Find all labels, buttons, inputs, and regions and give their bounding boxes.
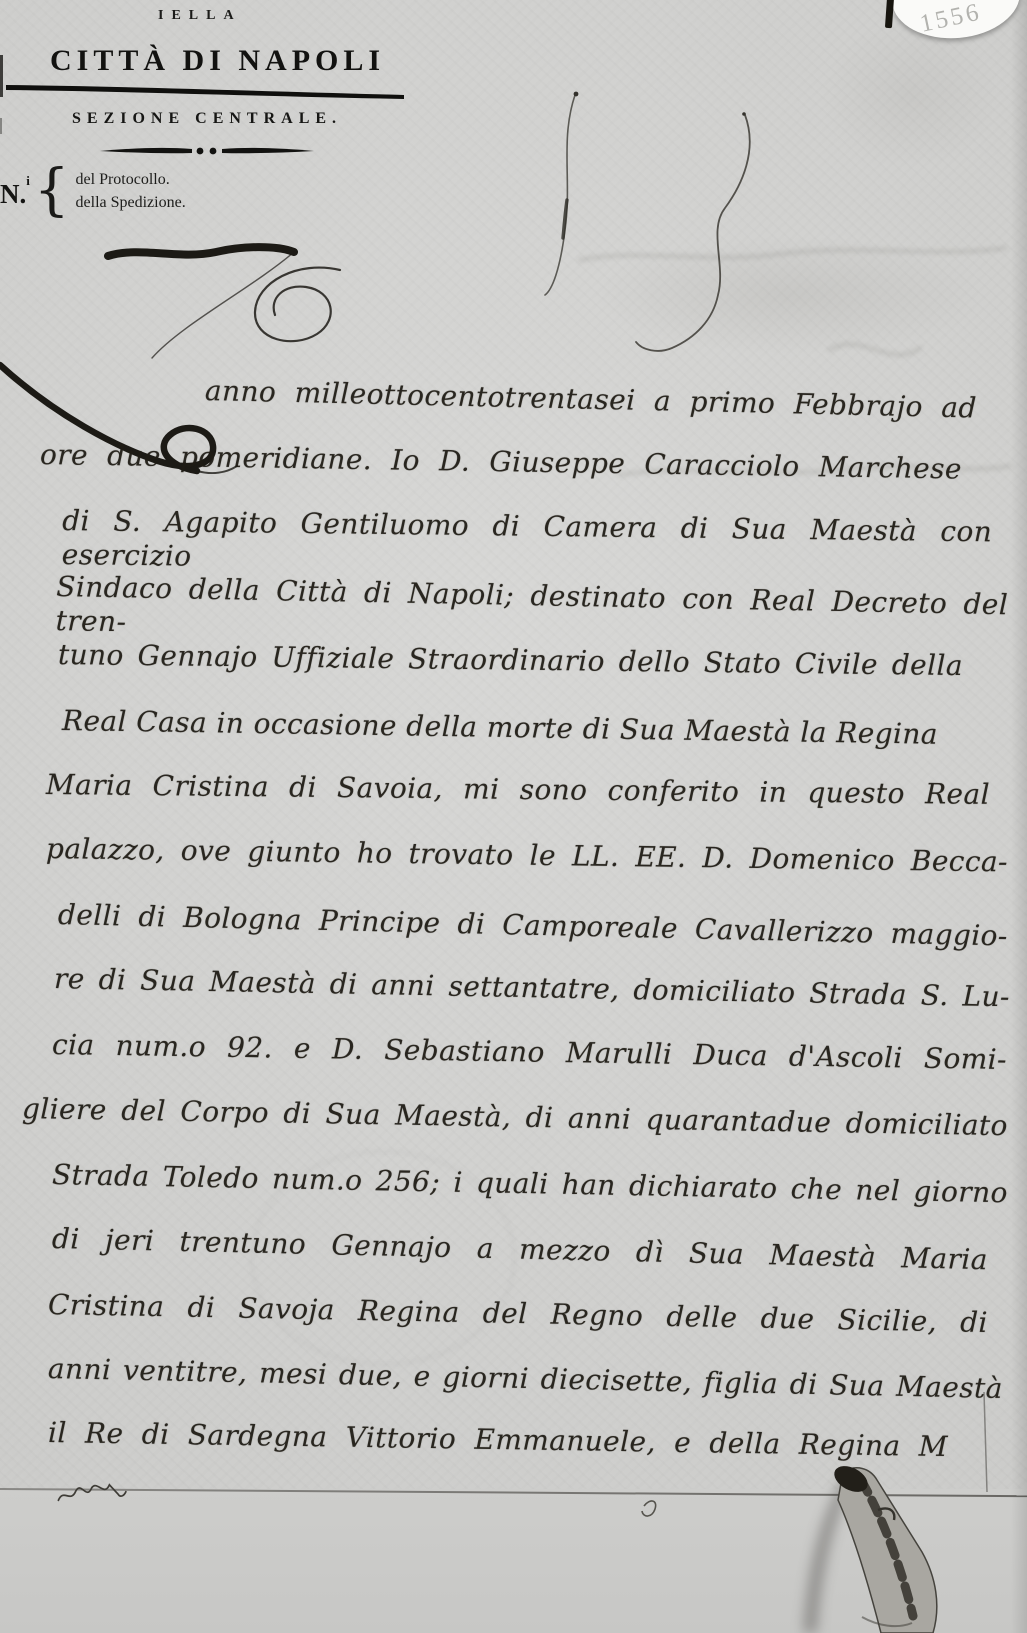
crease-line xyxy=(984,1392,987,1492)
manuscript-line: cia num.o 92. e D. Sebastiano Marulli Du… xyxy=(52,1028,1007,1077)
register-label-protocollo: del Protocollo. xyxy=(76,171,186,189)
manuscript-line: palazzo, ove giunto ho trovato le LL. EE… xyxy=(46,832,1008,879)
protocol-number-block: N.i { del Protocollo. della Spedizione. xyxy=(0,163,186,219)
manuscript-line: gliere del Corpo di Sua Maestà, di anni … xyxy=(22,1092,1008,1143)
ink-mark xyxy=(885,0,894,28)
small-ink-curl xyxy=(642,1501,656,1516)
stamp-number: 1556 xyxy=(918,0,984,39)
page-number-stamp: 1556 xyxy=(889,0,1024,43)
manuscript-line: Strada Toledo num.o 256; i quali han dic… xyxy=(52,1158,1008,1210)
stray-ink-marks xyxy=(520,80,780,370)
register-label-spedizione: della Spedizione. xyxy=(76,194,186,212)
letterhead: IELLA CITTÀ DI NAPOLI SEZIONE CENTRALE. … xyxy=(0,0,440,240)
manuscript-line: di jeri trentuno Gennajo a mezzo dì Sua … xyxy=(52,1222,989,1277)
letterhead-title: CITTÀ DI NAPOLI xyxy=(50,44,385,78)
paper-stain xyxy=(820,20,1000,170)
thick-rule xyxy=(2,80,412,104)
letterhead-section: SEZIONE CENTRALE. xyxy=(72,110,342,128)
numero-label: N.i xyxy=(0,173,30,210)
manuscript-line: Cristina di Savoja Regina del Regno dell… xyxy=(48,1288,988,1340)
manuscript-line: Maria Cristina di Savoia, mi sono confer… xyxy=(46,768,990,812)
scanned-register-page: IELLA CITTÀ DI NAPOLI SEZIONE CENTRALE. … xyxy=(0,0,1027,1633)
letterhead-top-word: IELLA xyxy=(158,8,242,24)
manuscript-line: re di Sua Maestà di anni settantatre, do… xyxy=(54,962,1010,1014)
margin-scribble xyxy=(55,1478,129,1511)
manuscript-line: delli di Bologna Principe di Camporeale … xyxy=(58,898,1009,954)
tapered-rule xyxy=(100,144,314,158)
quill-artifact xyxy=(803,1461,937,1633)
bottom-artifacts xyxy=(620,1380,1027,1633)
manuscript-line: di S. Agapito Gentiluomo di Camera di Su… xyxy=(62,504,993,583)
brace-glyph: { xyxy=(34,163,70,219)
manuscript-line: Real Casa in occasione della morte di Su… xyxy=(62,704,938,752)
